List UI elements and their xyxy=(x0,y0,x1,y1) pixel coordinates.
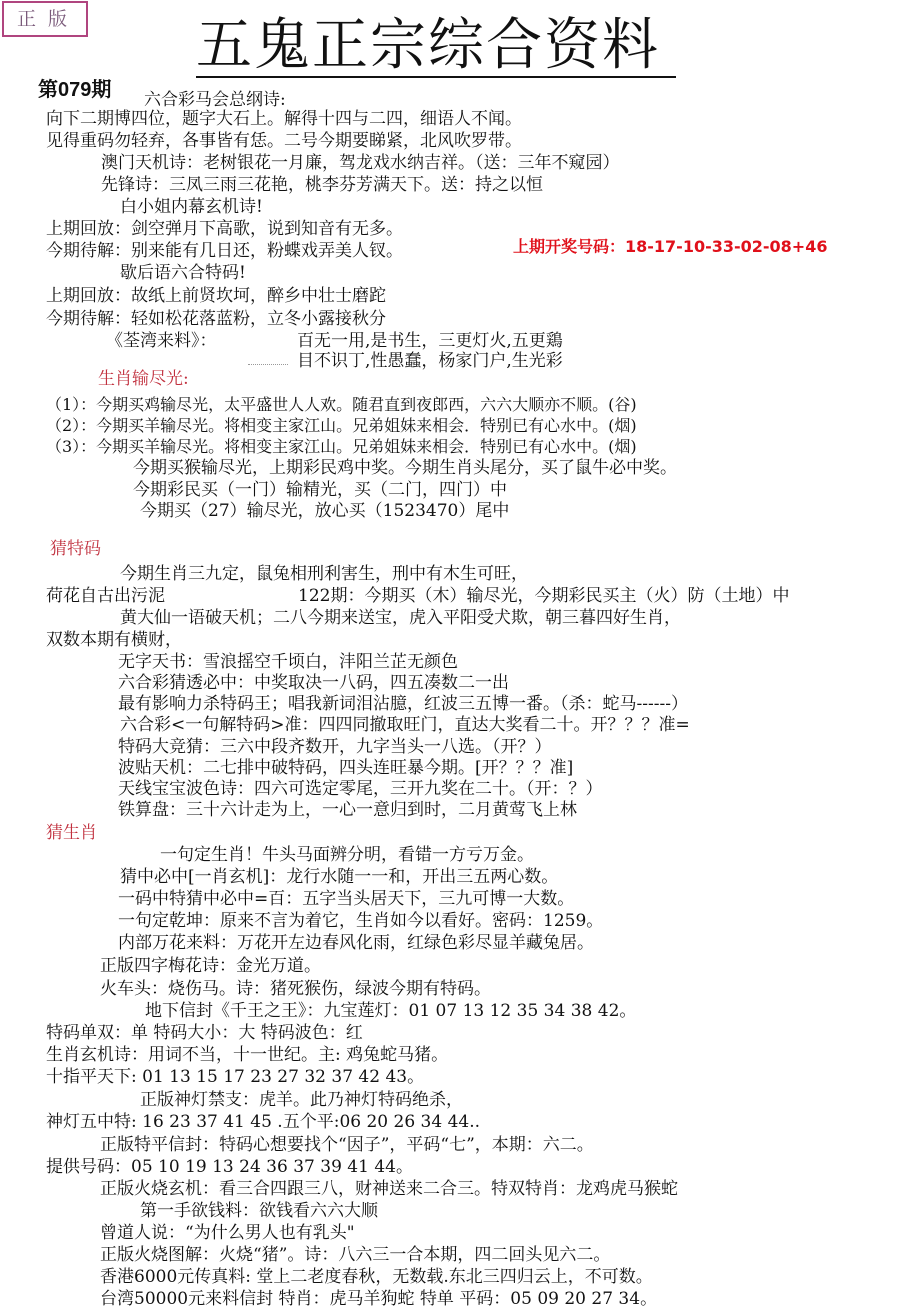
text-line: 无字天书：雪浪摇空千顷白，沣阳兰芷无颜色 xyxy=(118,651,458,673)
text-line: 六合彩<一句解特码>准：四四同撤取旺门，直达大奖看二十。开？？？准= xyxy=(120,714,690,736)
text-line: 向下二期博四位，题字大石上。解得十四与二四，细语人不闻。 xyxy=(46,108,522,130)
text-line: 上期回放：故纸上前贤坎坷，醉乡中壮士磨跎 xyxy=(46,285,386,307)
text-line: 今期待解：别来能有几日还，粉蝶戏弄美人钗。 xyxy=(46,240,403,262)
text-line: 香港6000元传真料: 堂上二老度春秋，无数载.东北三四归云上，不可数。 xyxy=(100,1266,653,1288)
title-underline xyxy=(196,76,676,78)
text-line: 歇后语六合特码! xyxy=(120,262,246,284)
text-line: 正版火烧图解：火烧“猪”。诗：八六三一合本期，四二回头见六二。 xyxy=(100,1244,610,1266)
text-line: 白小姐内幕玄机诗! xyxy=(120,196,263,218)
text-line: 见得重码勿轻弃，各事皆有恁。二号今期要睇紧，北风吹罗带。 xyxy=(46,130,522,152)
text-line: 荷花自古出污泥 xyxy=(46,585,165,607)
text-line: 铁算盘：三十六计走为上，一心一意归到时，二月黄莺飞上林 xyxy=(118,799,577,821)
text-line: 台湾50000元来料信封 特肖：虎马羊狗蛇 特单 平码：05 09 20 27 … xyxy=(100,1288,657,1308)
section-heading-guess-special: 猜特码 xyxy=(50,538,101,560)
section-heading-guess-zodiac: 猜生肖 xyxy=(46,822,97,844)
text-line: 今期待解：轻如松花落蓝粉，立冬小露接秋分 xyxy=(46,308,386,330)
last-draw-numbers: 上期开奖号码：18-17-10-33-02-08+46 xyxy=(513,234,827,257)
text-line: 今期生肖三九定，鼠兔相刑利害生，刑中有木生可旺， xyxy=(120,563,528,585)
text-line: 神灯五中特: 16 23 37 41 45 .五个平:06 20 26 34 4… xyxy=(46,1111,480,1133)
text-line: 曾道人说：“为什么男人也有乳头" xyxy=(100,1222,355,1244)
text-line: 天线宝宝波色诗：四六可选定零尾，三开九奖在二十。（开：？） xyxy=(118,778,603,800)
text-line: 正版火烧玄机：看三合四跟三八，财神送来二合三。特双特肖：龙鸡虎马猴蛇 xyxy=(100,1178,678,1200)
text-line: 一句定生肖！牛头马面辨分明，看错一方亏万金。 xyxy=(160,844,534,866)
text-line: 六合彩猜透必中：中奖取决一八码，四五凑数二一出 xyxy=(118,672,509,694)
genuine-edition-stamp: 正 版 xyxy=(2,1,88,37)
text-line: 正版神灯禁支：虎羊。此乃神灯特码绝杀， xyxy=(140,1089,463,1111)
text-line: 先锋诗：三凤三雨三花艳，桃李芬芳满天下。送：持之以恒 xyxy=(101,174,543,196)
text-line: 一码中特猜中必中=百：五字当头居天下，三九可博一大数。 xyxy=(118,888,574,910)
text-line: 第一手欲钱料：欲钱看六六大顺 xyxy=(140,1200,378,1222)
text-line: 黄大仙一语破天机；二八今期来送宝，虎入平阳受犬欺，朝三暮四好生肖， xyxy=(120,607,681,629)
text-line: 特码大竞猜：三六中段齐数开，九字当头一八选。（开？） xyxy=(118,736,552,758)
page-title: 五鬼正宗综合资料 xyxy=(196,16,676,76)
text-line: （2）：今期买羊输尽光。将相变主家江山。兄弟姐妹来相会．特别已有心水中。(烟) xyxy=(46,415,637,437)
text-line: 今期买猴输尽光，上期彩民鸡中奖。今期生肖头尾分，买了鼠牛必中奖。 xyxy=(133,457,677,479)
text-line: 猜中必中[一肖玄机]：龙行水随一一和，开出三五两心数。 xyxy=(120,866,558,888)
text-line: 正版特平信封：特码心想要找个“因子”，平码“七”，本期：六二。 xyxy=(100,1134,594,1156)
text-line: 澳门天机诗：老树银花一月廉，驾龙戏水纳吉祥。（送：三年不窥园） xyxy=(101,152,620,174)
text-line: 特码单双：单 特码大小：大 特码波色：红 xyxy=(46,1022,363,1044)
text-line: 今期彩民买（一门）输精光，买（二门，四门）中 xyxy=(133,479,507,501)
text-line: 上期回放：剑空弹月下高歌，说到知音有无多。 xyxy=(46,218,403,240)
text-line: 正版四字梅花诗：金光万道。 xyxy=(100,955,321,977)
text-line: 提供号码：05 10 19 13 24 36 37 39 41 44。 xyxy=(46,1156,413,1178)
text-line: 双数本期有横财， xyxy=(46,629,182,651)
text-line: 122期：今期买（木）输尽光，今期彩民买主（火）防（土地）中 xyxy=(298,585,789,607)
issue-number: 第079期 xyxy=(38,73,111,102)
text-line: 火车头：烧伤马。诗：猪死猴伤，绿波今期有特码。 xyxy=(100,978,491,1000)
text-line: 十指平天下: 01 13 15 17 23 27 32 37 42 43。 xyxy=(46,1066,424,1088)
text-line: （1）：今期买鸡输尽光，太平盛世人人欢。随君直到夜郎西，六六大顺亦不顺。(谷) xyxy=(46,394,637,416)
text-line: 《荃湾来料》： xyxy=(106,330,217,352)
text-line: （3）：今期买羊输尽光。将相变主家江山。兄弟姐妹来相会．特别已有心水中。(烟) xyxy=(46,436,637,458)
text-line: 一句定乾坤：原来不言为着它，生肖如今以看好。密码：1259。 xyxy=(118,910,603,932)
text-line: 今期买（27）输尽光，放心买（1523470）尾中 xyxy=(140,500,509,522)
text-line: 百无一用,是书生，三更灯火,五更鶏 xyxy=(297,330,563,352)
text-line: 波贴天机：二七排中破特码，四头连旺暴今期。[开？？？准] xyxy=(118,757,573,779)
faint-mark xyxy=(248,364,288,366)
text-line: 目不识丁,性愚蠢，杨家门户,生光彩 xyxy=(297,350,563,372)
section-heading-zodiac-lose: 生肖输尽光: xyxy=(98,368,189,390)
text-line: 生肖玄机诗：用词不当，十一世纪。主: 鸡兔蛇马猪。 xyxy=(46,1044,448,1066)
text-line: 地下信封《千王之王》：九宝莲灯：01 07 13 12 35 34 38 42。 xyxy=(145,1000,636,1022)
text-line: 内部万花来料：万花开左边春风化雨，红绿色彩尽显羊藏兔居。 xyxy=(118,932,594,954)
text-line: 最有影响力杀特码王；唱我新词泪沾臆，红波三五博一番。（杀：蛇马------） xyxy=(118,693,688,715)
